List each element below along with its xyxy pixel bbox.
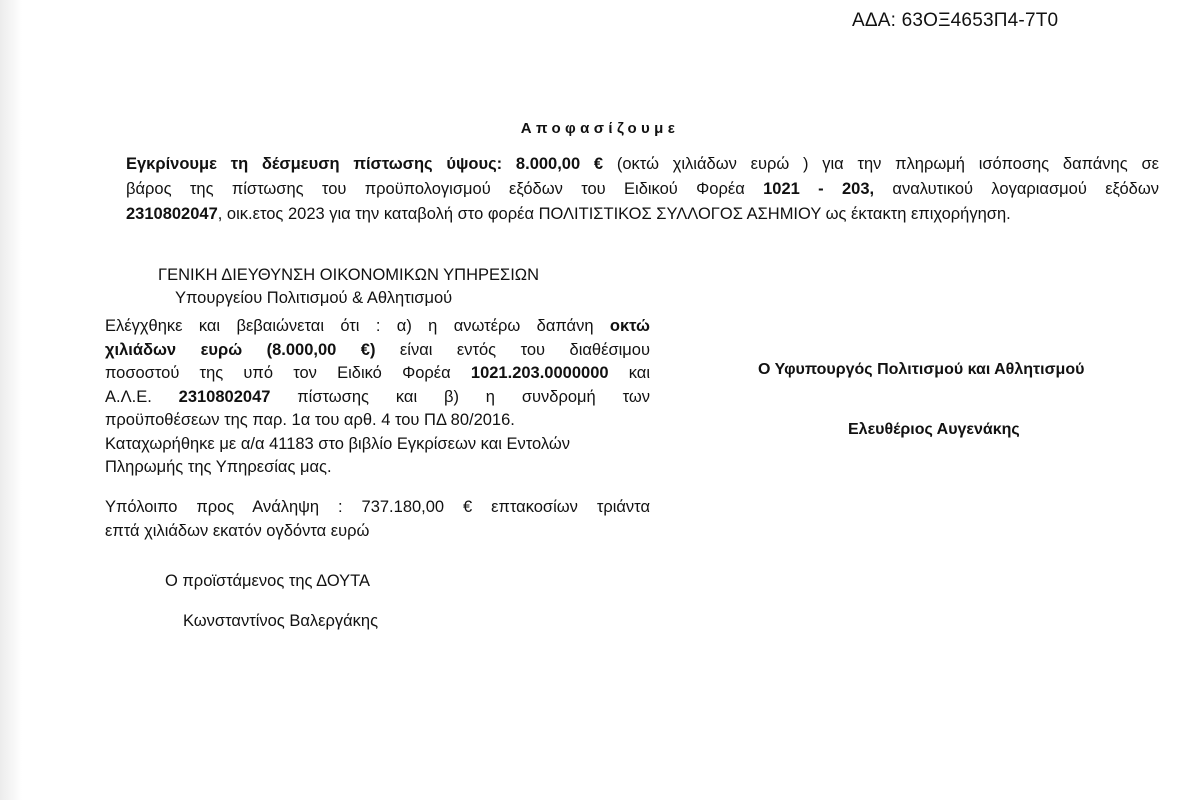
decision-heading-text: Αποφασίζουμε (521, 120, 680, 137)
special-body-full-code: 1021.203.0000000 (471, 364, 609, 382)
verification-line-1: Ελέγχθηκε και βεβαιώνεται ότι : α) η ανω… (105, 315, 650, 339)
finance-dept-name: ΓΕΝΙΚΗ ΔΙΕΥΘΥΝΣΗ ΟΙΚΟΝΟΜΙΚΩΝ ΥΠΗΡΕΣΙΩΝ (158, 266, 539, 285)
decision-line-1: Εγκρίνουμε τη δέσμευση πίστωσης ύψους: 8… (126, 152, 1159, 177)
verification-line-3: ποσοστού της υπό τον Ειδικό Φορέα 1021.2… (105, 362, 650, 386)
verification-line-3-text-2: και (609, 364, 650, 382)
decision-line-2: βάρος της πίστωσης του προϋπολογισμού εξ… (126, 177, 1159, 202)
minister-title: Ο Υφυπουργός Πολιτισμού και Αθλητισμού (758, 361, 1084, 379)
verification-line-1-text: Ελέγχθηκε και βεβαιώνεται ότι : α) η ανω… (105, 317, 610, 335)
remaining-balance-line-1: Υπόλοιπο προς Ανάληψη : 737.180,00 € επτ… (105, 496, 650, 520)
decision-paragraph: Εγκρίνουμε τη δέσμευση πίστωσης ύψους: 8… (126, 152, 1159, 227)
expense-account-number: 2310802047 (126, 205, 218, 223)
verification-line-4: Α.Λ.Ε. 2310802047 πίστωσης και β) η συνδ… (105, 386, 650, 410)
remaining-balance-line-2: επτά χιλιάδων εκατόν ογδόντα ευρώ (105, 520, 650, 544)
minister-name: Ελευθέριος Αυγενάκης (848, 421, 1020, 439)
verification-line-2: χιλιάδων ευρώ (8.000,00 €) είναι εντός τ… (105, 339, 650, 363)
head-of-unit-title: Ο προϊστάμενος της ΔΟΥΤΑ (165, 572, 370, 591)
decision-line-2-text-after: αναλυτικού λογαριασμού εξόδων (874, 180, 1159, 198)
ada-identifier: ΑΔΑ: 63ΟΞ4653Π4-7Τ0 (852, 10, 1058, 32)
verification-line-4-text: Α.Λ.Ε. (105, 388, 179, 406)
verification-line-7: Πληρωμής της Υπηρεσίας μας. (105, 456, 650, 480)
verification-line-6: Καταχωρήθηκε με α/α 41183 στο βιβλίο Εγκ… (105, 433, 650, 457)
decision-line-1-text: (οκτώ χιλιάδων ευρώ ) για την πληρωμή ισ… (603, 155, 1159, 173)
decision-line-3: 2310802047, οικ.ετος 2023 για την καταβο… (126, 202, 1159, 227)
finance-dept-ministry: Υπουργείου Πολιτισμού & Αθλητισμού (175, 289, 452, 308)
verification-line-4-text-2: πίστωσης και β) η συνδρομή των (270, 388, 650, 406)
decision-heading: Αποφασίζουμε (0, 120, 1200, 137)
remaining-balance: Υπόλοιπο προς Ανάληψη : 737.180,00 € επτ… (105, 496, 650, 543)
head-of-unit-name: Κωνσταντίνος Βαλεργάκης (183, 612, 378, 631)
ale-number: 2310802047 (179, 388, 271, 406)
verification-paragraph: Ελέγχθηκε και βεβαιώνεται ότι : α) η ανω… (105, 315, 650, 480)
decision-line-2-text: βάρος της πίστωσης του προϋπολογισμού εξ… (126, 180, 763, 198)
verification-line-1-bold: οκτώ (610, 317, 650, 335)
special-body-code: 1021 - 203, (763, 180, 874, 198)
verification-line-2-text: είναι εντός του διαθέσιμου (375, 341, 650, 359)
approval-amount: Εγκρίνουμε τη δέσμευση πίστωσης ύψους: 8… (126, 155, 603, 173)
verification-amount: χιλιάδων ευρώ (8.000,00 €) (105, 341, 375, 359)
verification-line-5: προϋποθέσεων της παρ. 1α του αρθ. 4 του … (105, 409, 650, 433)
decision-line-3-text: , οικ.ετος 2023 για την καταβολή στο φορ… (218, 205, 1011, 223)
verification-line-3-text: ποσοστού της υπό τον Ειδικό Φορέα (105, 364, 471, 382)
